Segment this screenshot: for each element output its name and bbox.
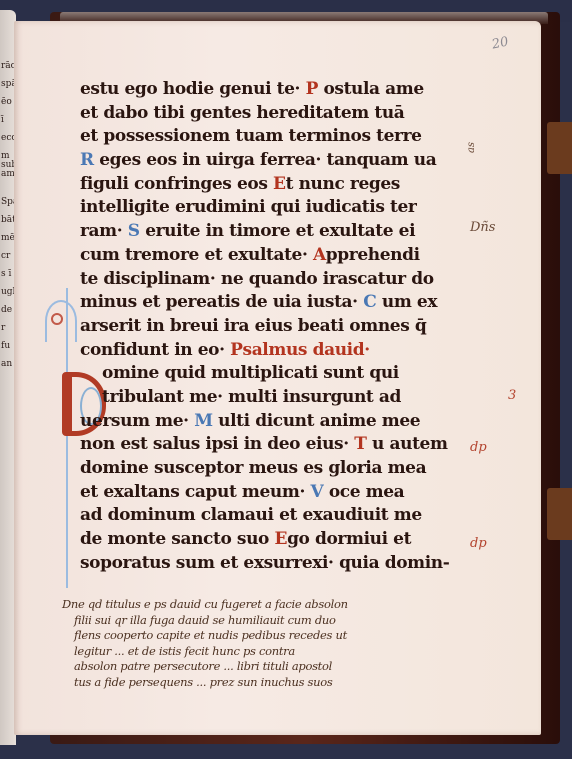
annotation-block: Dne qd titulus e ps dauid cu fugeret a f… <box>62 597 502 690</box>
text-line: ram· S eruite in timore et exultate ei <box>80 220 490 244</box>
text-segment: go dormiui et <box>287 529 411 549</box>
rubricated-letter: E <box>275 529 288 549</box>
clasp-tab-upper <box>547 122 572 174</box>
left-fragment: an <box>1 360 12 369</box>
text-segment: pprehendi <box>326 245 420 265</box>
text-line: domine susceptor meus es gloria mea <box>80 457 490 481</box>
text-line: confidunt in eo· Psalmus dauid· <box>80 339 490 363</box>
rubricated-letter: C <box>363 292 376 312</box>
text-line: minus et pereatis de uia iusta· C um ex <box>80 291 490 315</box>
annotation-line: flens cooperto capite et nudis pedibus r… <box>62 628 502 644</box>
text-segment: et possessionem tuam terminos terre <box>80 126 422 146</box>
text-segment: arserit in breui ira eius beati omnes q̄ <box>80 316 426 336</box>
left-fragment: ī <box>1 116 4 125</box>
text-segment: um ex <box>376 292 437 312</box>
text-line: et possessionem tuam terminos terre <box>80 125 490 149</box>
text-segment: te disciplinam· ne quando irascatur do <box>80 269 434 289</box>
annotation-line: Dne qd titulus e ps dauid cu fugeret a f… <box>62 597 502 613</box>
annotation-line: absolon patre persecutore ... libri titu… <box>62 659 502 675</box>
text-line: ad dominum clamaui et exaudiuit me <box>80 504 490 528</box>
text-segment: omine quid multiplicati sunt qui <box>102 363 399 383</box>
text-segment: cum tremore et exultate· <box>80 245 313 265</box>
left-fragment: r <box>1 324 5 333</box>
text-segment: t nunc reges <box>286 174 400 194</box>
text-line: non est salus ipsi in deo eius· T u aute… <box>80 433 490 457</box>
annotation-line: filii sui qr illa fuga dauid se humiliau… <box>62 613 502 629</box>
margin-note: 3 <box>508 388 516 403</box>
rubricated-letter: A <box>313 245 326 265</box>
text-segment: eges eos in uirga ferrea· tanquam ua <box>94 150 437 170</box>
left-fragment: cr <box>1 252 10 261</box>
text-segment: figuli confringes eos <box>80 174 273 194</box>
text-segment: tribulant me· multi insurgunt ad <box>102 387 401 407</box>
rubricated-letter: T <box>354 434 366 454</box>
left-fragment: am <box>1 170 15 179</box>
rubricated-letter: S <box>128 221 140 241</box>
rubricated-letter: P <box>306 79 318 99</box>
text-line: Domine quid multiplicati sunt qui <box>80 362 490 386</box>
text-segment: domine susceptor meus es gloria mea <box>80 458 426 478</box>
margin-note: dp <box>470 440 487 455</box>
text-line: uersum me· M ulti dicunt anime mee <box>80 410 490 434</box>
text-segment: et dabo tibi gentes hereditatem tuā <box>80 103 404 123</box>
annotation-line: tus a fide persequens ... prez sun inuch… <box>62 675 502 691</box>
text-line: intelligite erudimini qui iudicatis ter <box>80 196 490 220</box>
text-line: te disciplinam· ne quando irascatur do <box>80 268 490 292</box>
rubricated-letter: R <box>80 150 94 170</box>
left-fragment: de <box>1 306 12 315</box>
text-segment: confidunt in eo· <box>80 340 230 360</box>
text-line: arserit in breui ira eius beati omnes q̄ <box>80 315 490 339</box>
text-segment: ad dominum clamaui et exaudiuit me <box>80 505 422 525</box>
text-segment: intelligite erudimini qui iudicatis ter <box>80 197 416 217</box>
annotation-line: legitur ... et de istis fecit hunc ps co… <box>62 644 502 660</box>
text-segment: uersum me· <box>80 411 194 431</box>
margin-note: Dñs <box>470 220 495 235</box>
penwork-dot <box>51 313 63 325</box>
text-segment: non est salus ipsi in deo eius· <box>80 434 354 454</box>
rubricated-letter: E <box>273 174 286 194</box>
text-line: et exaltans caput meum· V oce mea <box>80 481 490 505</box>
text-line: et dabo tibi gentes hereditatem tuā <box>80 102 490 126</box>
text-segment: u autem <box>367 434 448 454</box>
text-line: figuli confringes eos Et nunc reges <box>80 173 490 197</box>
margin-note: dp <box>470 536 487 551</box>
text-segment: et exaltans caput meum· <box>80 482 311 502</box>
main-text-block: estu ego hodie genui te· P ostula ameet … <box>80 78 490 575</box>
text-segment: de monte sancto suo <box>80 529 275 549</box>
text-line: estu ego hodie genui te· P ostula ame <box>80 78 490 102</box>
left-fragment: fu <box>1 342 10 351</box>
text-line: cum tremore et exultate· Apprehendi <box>80 244 490 268</box>
margin-note: as <box>466 142 477 153</box>
text-line: soporatus sum et exsurrexi· quia domin- <box>80 552 490 576</box>
text-segment: ostula ame <box>318 79 424 99</box>
rubricated-letter: Psalmus dauid· <box>230 340 370 360</box>
text-line: R eges eos in uirga ferrea· tanquam ua <box>80 149 490 173</box>
left-fragment: ēo <box>1 98 12 107</box>
text-segment: ulti dicunt anime mee <box>213 411 421 431</box>
rubricated-letter: V <box>311 482 324 502</box>
text-segment: estu ego hodie genui te· <box>80 79 306 99</box>
left-fragment: s ī <box>1 270 11 279</box>
text-segment: soporatus sum et exsurrexi· quia domin- <box>80 553 449 573</box>
text-segment: eruite in timore et exultate ei <box>140 221 415 241</box>
clasp-tab-lower <box>547 488 572 540</box>
text-segment: minus et pereatis de uia iusta· <box>80 292 363 312</box>
text-line: tribulant me· multi insurgunt ad <box>80 386 490 410</box>
text-segment: oce mea <box>323 482 404 502</box>
text-segment: ram· <box>80 221 128 241</box>
rubricated-letter: M <box>194 411 212 431</box>
text-line: de monte sancto suo Ego dormiui et <box>80 528 490 552</box>
